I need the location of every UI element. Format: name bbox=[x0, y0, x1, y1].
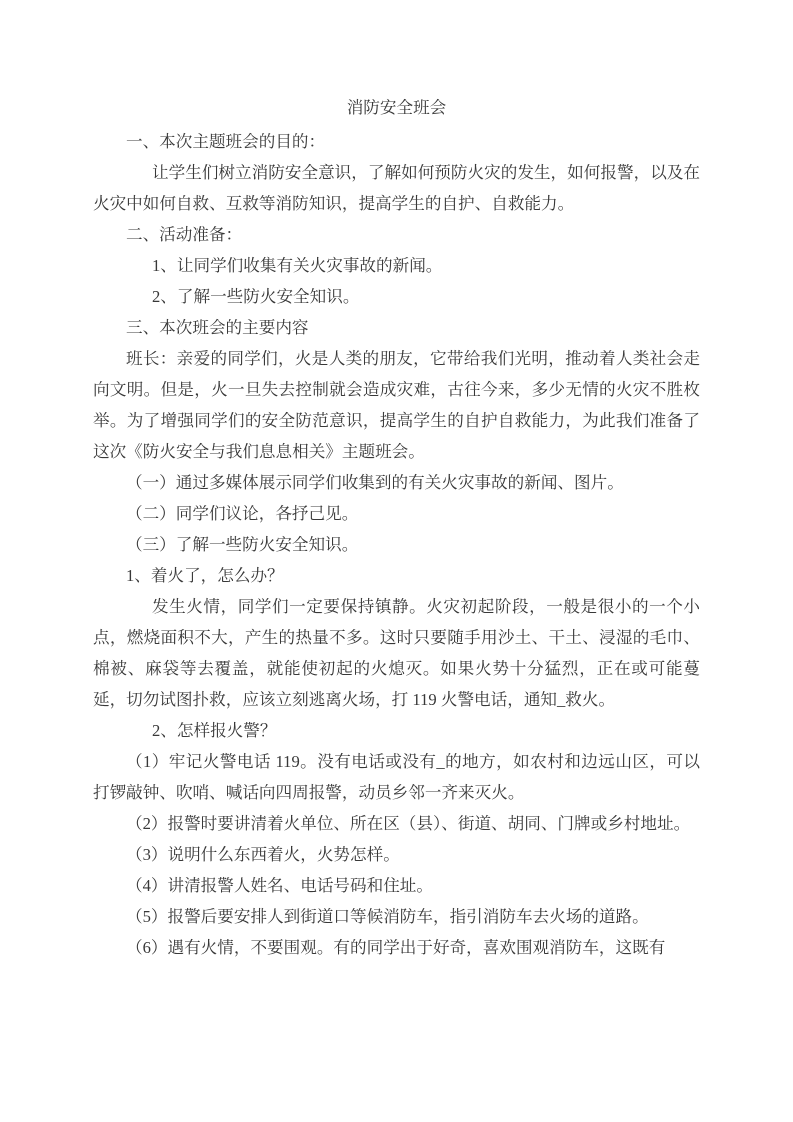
paragraph: （4）讲清报警人姓名、电话号码和住址。 bbox=[93, 870, 700, 901]
paragraph: 三、本次班会的主要内容 bbox=[93, 312, 700, 343]
paragraph: 2、了解一些防火安全知识。 bbox=[93, 281, 700, 312]
paragraph: 1、让同学们收集有关火灾事故的新闻。 bbox=[93, 250, 700, 281]
paragraph: （1）牢记火警电话 119。没有电话或没有_的地方，如农村和边远山区，可以打锣敲… bbox=[93, 746, 700, 808]
paragraph: （二）同学们议论，各抒己见。 bbox=[93, 498, 700, 529]
document-page: 消防安全班会 一、本次主题班会的目的：让学生们树立消防安全意识，了解如何预防火灾… bbox=[0, 0, 793, 1122]
document-body: 一、本次主题班会的目的：让学生们树立消防安全意识，了解如何预防火灾的发生，如何报… bbox=[93, 126, 700, 963]
paragraph: 1、着火了，怎么办？ bbox=[93, 560, 700, 591]
paragraph: 发生火情，同学们一定要保持镇静。火灾初起阶段，一般是很小的一个小点，燃烧面积不大… bbox=[93, 591, 700, 715]
paragraph: （6）遇有火情，不要围观。有的同学出于好奇，喜欢围观消防车，这既有 bbox=[93, 932, 700, 963]
paragraph: （5）报警后要安排人到街道口等候消防车，指引消防车去火场的道路。 bbox=[93, 901, 700, 932]
document-content: 消防安全班会 一、本次主题班会的目的：让学生们树立消防安全意识，了解如何预防火灾… bbox=[93, 92, 700, 963]
paragraph: （2）报警时要讲清着火单位、所在区（县）、街道、胡同、门牌或乡村地址。 bbox=[93, 808, 700, 839]
paragraph: 2、怎样报火警？ bbox=[93, 715, 700, 746]
paragraph: （三）了解一些防火安全知识。 bbox=[93, 529, 700, 560]
document-title: 消防安全班会 bbox=[93, 92, 700, 123]
paragraph: 一、本次主题班会的目的： bbox=[93, 126, 700, 157]
paragraph: 让学生们树立消防安全意识，了解如何预防火灾的发生，如何报警，以及在火灾中如何自救… bbox=[93, 157, 700, 219]
paragraph: （一）通过多媒体展示同学们收集到的有关火灾事故的新闻、图片。 bbox=[93, 467, 700, 498]
paragraph: 二、活动准备： bbox=[93, 219, 700, 250]
paragraph: （3）说明什么东西着火，火势怎样。 bbox=[93, 839, 700, 870]
paragraph: 班长：亲爱的同学们，火是人类的朋友，它带给我们光明，推动着人类社会走向文明。但是… bbox=[93, 343, 700, 467]
